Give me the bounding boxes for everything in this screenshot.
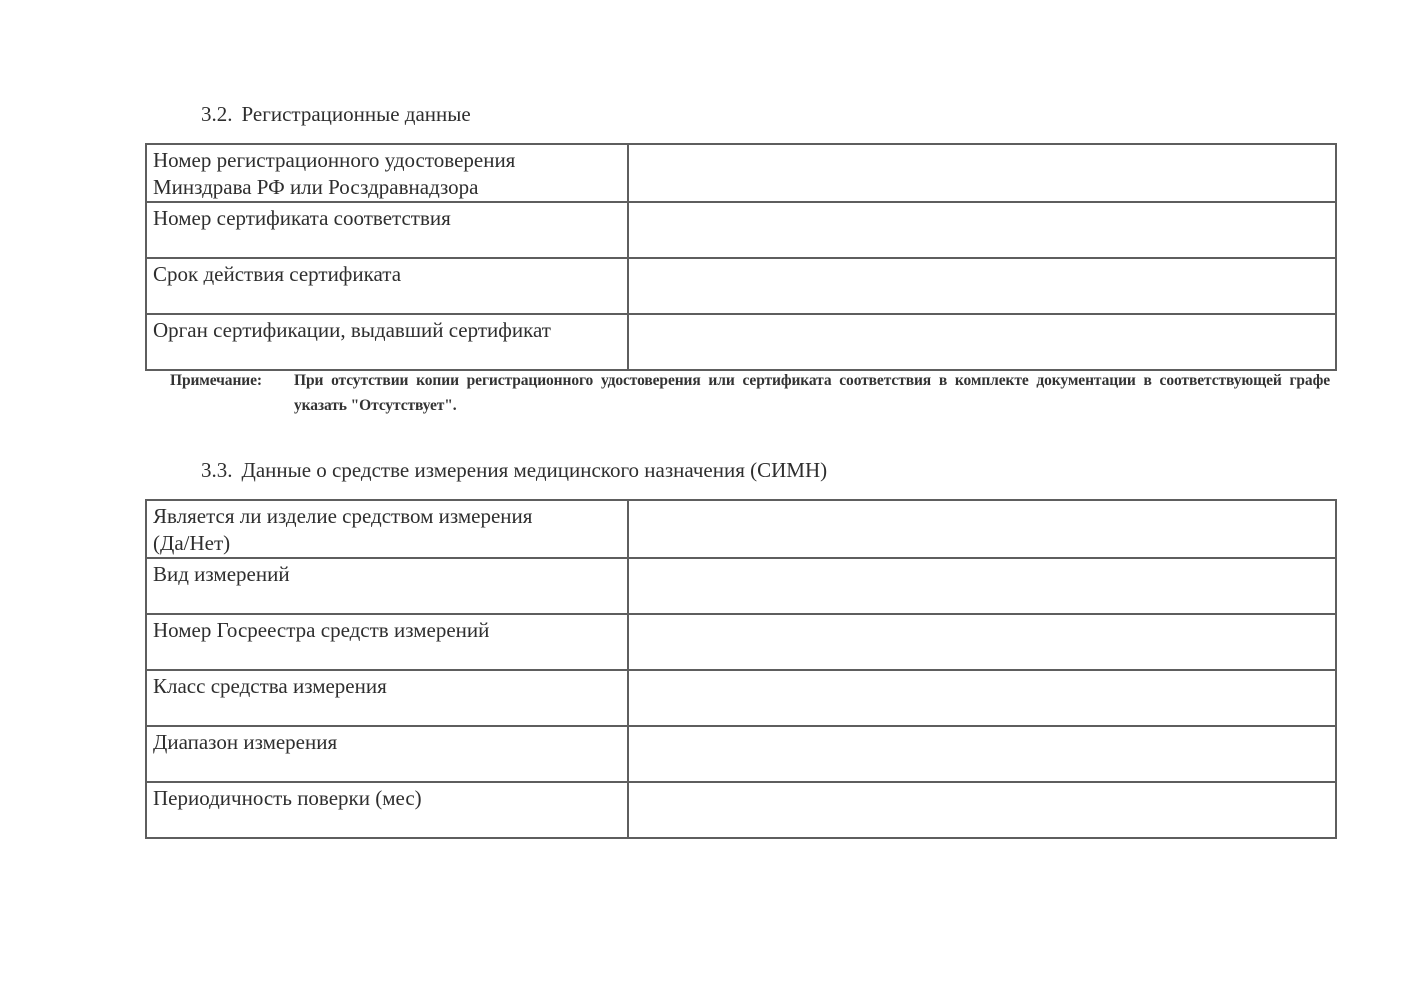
row-label: Срок действия сертификата — [146, 258, 628, 314]
registration-certificate-number-field[interactable] — [628, 144, 1336, 202]
conformity-certificate-number-field[interactable] — [628, 202, 1336, 258]
row-label: Орган сертификации, выдавший сертификат — [146, 314, 628, 370]
row-label: Является ли изделие средством измерения … — [146, 500, 628, 558]
label-line: (Да/Нет) — [153, 530, 621, 557]
table-row: Номер регистрационного удостоверения Мин… — [146, 144, 1336, 202]
measuring-instrument-table: Является ли изделие средством измерения … — [145, 499, 1337, 839]
instrument-class-field[interactable] — [628, 670, 1336, 726]
row-label: Класс средства измерения — [146, 670, 628, 726]
label-line: Номер Госреестра средств измерений — [153, 617, 621, 644]
table-row: Класс средства измерения — [146, 670, 1336, 726]
section-title-text: Данные о средстве измерения медицинского… — [242, 458, 828, 482]
table-row: Является ли изделие средством измерения … — [146, 500, 1336, 558]
certificate-validity-field[interactable] — [628, 258, 1336, 314]
label-line: Срок действия сертификата — [153, 261, 621, 288]
label-line: Номер регистрационного удостоверения — [153, 147, 621, 174]
section-title-measuring-instrument: 3.3.Данные о средстве измерения медицинс… — [201, 458, 827, 482]
note-text: При отсутствии копии регистрационного уд… — [294, 368, 1330, 418]
label-line: Является ли изделие средством измерения — [153, 503, 621, 530]
table-row: Номер Госреестра средств измерений — [146, 614, 1336, 670]
table-row: Орган сертификации, выдавший сертификат — [146, 314, 1336, 370]
measurement-range-field[interactable] — [628, 726, 1336, 782]
label-line: Номер сертификата соответствия — [153, 205, 621, 232]
label-line: Минздрава РФ или Росздравнадзора — [153, 174, 621, 201]
note-label: Примечание: — [170, 368, 262, 393]
registration-data-table: Номер регистрационного удостоверения Мин… — [145, 143, 1337, 371]
is-measuring-instrument-field[interactable] — [628, 500, 1336, 558]
label-line: Орган сертификации, выдавший сертификат — [153, 317, 621, 344]
table-row: Номер сертификата соответствия — [146, 202, 1336, 258]
row-label: Диапазон измерения — [146, 726, 628, 782]
label-line: Класс средства измерения — [153, 673, 621, 700]
table-row: Вид измерений — [146, 558, 1336, 614]
section-title-text: Регистрационные данные — [242, 102, 471, 126]
label-line: Вид измерений — [153, 561, 621, 588]
row-label: Периодичность поверки (мес) — [146, 782, 628, 838]
certification-body-field[interactable] — [628, 314, 1336, 370]
row-label: Вид измерений — [146, 558, 628, 614]
row-label: Номер Госреестра средств измерений — [146, 614, 628, 670]
label-line: Диапазон измерения — [153, 729, 621, 756]
section-title-registration-data: 3.2.Регистрационные данные — [201, 102, 471, 126]
section-number: 3.3. — [201, 458, 233, 482]
table-row: Срок действия сертификата — [146, 258, 1336, 314]
row-label: Номер регистрационного удостоверения Мин… — [146, 144, 628, 202]
row-label: Номер сертификата соответствия — [146, 202, 628, 258]
section-number: 3.2. — [201, 102, 233, 126]
measurement-type-field[interactable] — [628, 558, 1336, 614]
label-line: Периодичность поверки (мес) — [153, 785, 621, 812]
verification-interval-field[interactable] — [628, 782, 1336, 838]
table-row: Периодичность поверки (мес) — [146, 782, 1336, 838]
table-row: Диапазон измерения — [146, 726, 1336, 782]
state-register-number-field[interactable] — [628, 614, 1336, 670]
table-note: Примечание: При отсутствии копии регистр… — [170, 368, 1330, 418]
